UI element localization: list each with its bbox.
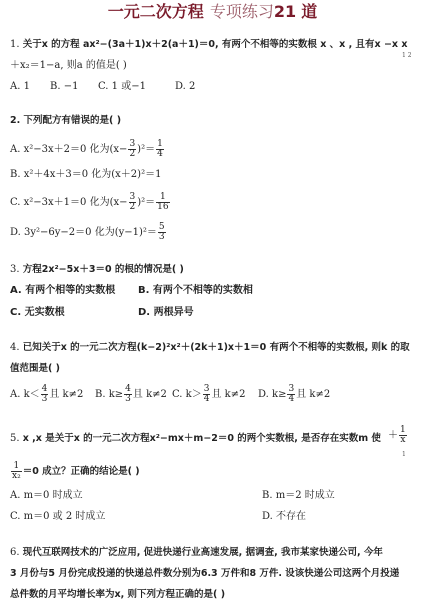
fraction: 32 [128, 140, 136, 159]
option-a[interactable]: A. 有两个相等的实数根 [10, 284, 115, 298]
option-d[interactable]: D. 2 [175, 80, 195, 94]
title-main: 一元二次方程 [108, 2, 204, 21]
question-number: 2. [10, 115, 20, 126]
subscript-note: 1 2 [402, 52, 412, 59]
page-title: 一元二次方程专项练习21 道 [0, 2, 425, 22]
option-c[interactable]: C. 无实数根 [10, 306, 65, 320]
question-text: 已知关于x 的一元二次方程(k−2)²x²＋(2k＋1)x＋1＝0 有两个不相等… [23, 342, 410, 353]
title-unit: 道 [301, 2, 317, 21]
question-number: 4. [10, 342, 20, 353]
fraction: 34 [203, 385, 211, 404]
option-c[interactable]: C. m＝0 或 2 时成立 [10, 510, 105, 524]
question-2-stem: 2. 下列配方有错误的是( ) [10, 114, 121, 128]
subscript-note: 1 [402, 451, 406, 458]
option-a[interactable]: A. k＜43且 k≠2 [10, 385, 83, 404]
option-d[interactable]: D. 3y²−6y−2＝0 化为(y−1)²＝53 [10, 223, 167, 242]
option-b[interactable]: B. 有两个不相等的实数相 [138, 284, 253, 298]
question-5-line-2: 1x₂＝0 成立？正确的结论是( ) [10, 462, 140, 481]
question-4-line-2: 值范围是( ) [10, 362, 60, 376]
question-text: 现代互联网技术的广泛应用, 促进快递行业高速发展, 据调查, 我市某家快递公司,… [23, 547, 383, 558]
fraction: 34 [287, 385, 295, 404]
question-6-line-2: 3 月份与5 月份完成投递的快递总件数分别为6.3 万件和8 万件. 设该快递公… [10, 567, 399, 581]
option-d[interactable]: D. k≥34且 k≠2 [258, 385, 330, 404]
option-b[interactable]: B. k≥43且 k≠2 [95, 385, 167, 404]
fraction: 43 [124, 385, 132, 404]
option-d[interactable]: D. 两根异号 [138, 306, 194, 320]
question-text: x ,x 是关于x 的一元二次方程x²−mx＋m−2＝0 的两个实数根, 是否存… [23, 433, 381, 444]
question-3-stem: 3. 方程2x²−5x＋3＝0 的根的情况是( ) [10, 263, 184, 277]
question-1-line-1: 1. 关于x 的方程 ax²−(3a＋1)x＋2(a＋1)＝0, 有两个不相等的… [10, 38, 407, 52]
fraction: 116 [156, 193, 169, 212]
question-number: 1. [10, 39, 20, 50]
fraction: 1x₂ [11, 462, 22, 481]
question-1-line-2: ＋x₂＝1−a, 则a 的值是( ) [10, 59, 127, 73]
title-sub: 专项练习 [210, 2, 274, 21]
fraction: 43 [41, 385, 49, 404]
fraction: 53 [158, 223, 166, 242]
question-6-line-3: 总件数的月平均增长率为x, 则下列方程正确的是( ) [10, 588, 225, 600]
question-text: 关于x 的方程 ax²−(3a＋1)x＋2(a＋1)＝0, 有两个不相等的实数根… [23, 39, 408, 50]
option-a[interactable]: A. x²−3x＋2＝0 化为(x−32)²＝14 [10, 140, 165, 159]
option-c[interactable]: C. 1 或−1 [98, 80, 146, 94]
question-text: 下列配方有错误的是( ) [24, 115, 122, 126]
option-c[interactable]: C. x²−3x＋1＝0 化为(x−32)²＝116 [10, 193, 171, 212]
question-5-line-1: 5. x ,x 是关于x 的一元二次方程x²−mx＋m−2＝0 的两个实数根, … [10, 432, 381, 446]
question-4-line-1: 4. 已知关于x 的一元二次方程(k−2)²x²＋(2k＋1)x＋1＝0 有两个… [10, 341, 410, 355]
fraction: 32 [129, 193, 137, 212]
question-number: 3. [10, 264, 20, 275]
option-c[interactable]: C. k＞34且 k≠2 [172, 385, 245, 404]
option-b[interactable]: B. −1 [50, 80, 78, 94]
fraction: 14 [156, 140, 164, 159]
option-b[interactable]: B. x²＋4x＋3＝0 化为(x＋2)²＝1 [10, 168, 161, 182]
option-a[interactable]: A. 1 [10, 80, 30, 94]
fraction-1-over-x1: ＋1x [388, 426, 408, 445]
question-number: 5. [10, 433, 20, 444]
question-text: 方程2x²−5x＋3＝0 的根的情况是( ) [23, 264, 184, 275]
option-d[interactable]: D. 不存在 [262, 510, 306, 524]
question-6-line-1: 6. 现代互联网技术的广泛应用, 促进快递行业高速发展, 据调查, 我市某家快递… [10, 546, 383, 560]
title-count: 21 [274, 2, 296, 21]
question-number: 6. [10, 547, 20, 558]
option-b[interactable]: B. m＝2 时成立 [262, 489, 335, 503]
option-a[interactable]: A. m＝0 时成立 [10, 489, 83, 503]
